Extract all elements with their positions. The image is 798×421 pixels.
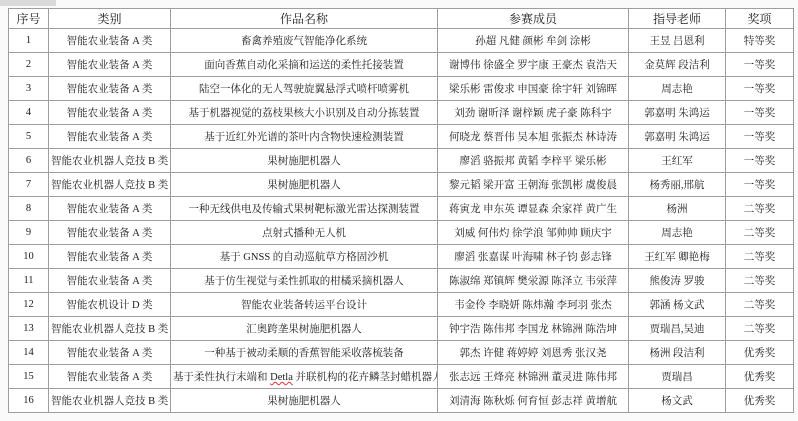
- cell-category: 智能农机设计 D 类: [49, 293, 171, 317]
- cell-teachers: 周志艳: [629, 221, 726, 245]
- table-row: 3智能农业装备 A 类陆空一体化的无人驾驶旋翼悬浮式喷杆喷雾机梁乐彬 雷俊求 申…: [9, 77, 794, 101]
- cell-work: 基于近红外光谱的茶叶内含物快速检测装置: [171, 125, 438, 149]
- cell-members: 韦金伶 李晓妍 陈炜瀚 李珂羽 张杰: [438, 293, 629, 317]
- table-row: 6智能农业机器人竞技 B 类果树施肥机器人廖滔 骆振邦 黄韬 李梓平 梁乐彬王红…: [9, 149, 794, 173]
- table-row: 13智能农业机器人竞技 B 类汇奥跨垄果树施肥机器人钟宇浩 陈伟邦 李国龙 林锦…: [9, 317, 794, 341]
- cell-award: 一等奖: [726, 53, 794, 77]
- table-row: 15智能农业装备 A 类基于柔性执行末端和 Detla 并联机构的花卉鳞茎封蜡机…: [9, 365, 794, 389]
- cell-category: 智能农业机器人竞技 B 类: [49, 317, 171, 341]
- cell-teachers: 郭涵 杨文武: [629, 293, 726, 317]
- cell-work: 果树施肥机器人: [171, 149, 438, 173]
- results-table: 序号 类别 作品名称 参赛成员 指导老师 奖项 1智能农业装备 A 类畜禽养殖废…: [8, 8, 794, 413]
- cell-serial: 6: [9, 149, 49, 173]
- cell-teachers: 金莫辉 段洁利: [629, 53, 726, 77]
- table-row: 5智能农业装备 A 类基于近红外光谱的茶叶内含物快速检测装置何晓龙 蔡晋伟 吴本…: [9, 125, 794, 149]
- cell-serial: 3: [9, 77, 49, 101]
- cell-teachers: 郭嘉明 朱鸿运: [629, 125, 726, 149]
- cell-members: 梁乐彬 雷俊求 申国豪 徐宇轩 刘锦晖: [438, 77, 629, 101]
- cell-award: 一等奖: [726, 173, 794, 197]
- header-members: 参赛成员: [438, 9, 629, 29]
- cell-work: 畜禽养殖废气智能净化系统: [171, 29, 438, 53]
- header-award: 奖项: [726, 9, 794, 29]
- cell-work: 陆空一体化的无人驾驶旋翼悬浮式喷杆喷雾机: [171, 77, 438, 101]
- cell-members: 刘清海 陈秋烁 何育恒 彭志祥 黄增航: [438, 389, 629, 413]
- header-serial: 序号: [9, 9, 49, 29]
- cell-category: 智能农业装备 A 类: [49, 77, 171, 101]
- cell-category: 智能农业装备 A 类: [49, 197, 171, 221]
- table-row: 16智能农业机器人竞技 B 类果树施肥机器人刘清海 陈秋烁 何育恒 彭志祥 黄增…: [9, 389, 794, 413]
- cell-serial: 16: [9, 389, 49, 413]
- cell-award: 二等奖: [726, 245, 794, 269]
- cell-serial: 15: [9, 365, 49, 389]
- cell-category: 智能农业装备 A 类: [49, 101, 171, 125]
- misspelled-word: Detla: [270, 372, 293, 383]
- table-row: 8智能农业装备 A 类一种无线供电及传输式果树靶标激光雷达探测装置蒋寅龙 申东英…: [9, 197, 794, 221]
- cell-category: 智能农业装备 A 类: [49, 341, 171, 365]
- cell-members: 蒋寅龙 申东英 谭显森 余家祥 黄广生: [438, 197, 629, 221]
- cell-category: 智能农业装备 A 类: [49, 269, 171, 293]
- cell-serial: 9: [9, 221, 49, 245]
- cell-serial: 13: [9, 317, 49, 341]
- cell-serial: 7: [9, 173, 49, 197]
- cell-work: 面向香蕉自动化采摘和运送的柔性托接装置: [171, 53, 438, 77]
- cell-work: 基于 GNSS 的自动巡航草方格固沙机: [171, 245, 438, 269]
- table-row: 14智能农业装备 A 类一种基于被动柔顺的香蕉智能采收落梳装备郭杰 许健 蒋婷婷…: [9, 341, 794, 365]
- cell-teachers: 贾瑞昌: [629, 365, 726, 389]
- cell-members: 廖滔 骆振邦 黄韬 李梓平 梁乐彬: [438, 149, 629, 173]
- cell-members: 何晓龙 蔡晋伟 吴本旭 张振杰 林诗涛: [438, 125, 629, 149]
- cell-award: 二等奖: [726, 293, 794, 317]
- cell-work: 汇奥跨垄果树施肥机器人: [171, 317, 438, 341]
- cell-teachers: 熊俊涛 罗骏: [629, 269, 726, 293]
- cell-category: 智能农业机器人竞技 B 类: [49, 149, 171, 173]
- table-row: 2智能农业装备 A 类面向香蕉自动化采摘和运送的柔性托接装置谢博伟 徐盛全 罗宇…: [9, 53, 794, 77]
- cell-serial: 5: [9, 125, 49, 149]
- cell-category: 智能农业装备 A 类: [49, 245, 171, 269]
- cell-work: 一种无线供电及传输式果树靶标激光雷达探测装置: [171, 197, 438, 221]
- cell-teachers: 周志艳: [629, 77, 726, 101]
- cell-award: 一等奖: [726, 77, 794, 101]
- cell-teachers: 郭嘉明 朱鸿运: [629, 101, 726, 125]
- cell-work: 智能农业装备转运平台设计: [171, 293, 438, 317]
- cell-serial: 12: [9, 293, 49, 317]
- cell-teachers: 贾瑞昌,吴迪: [629, 317, 726, 341]
- cell-award: 一等奖: [726, 149, 794, 173]
- cell-category: 智能农业装备 A 类: [49, 365, 171, 389]
- cell-award: 优秀奖: [726, 365, 794, 389]
- cell-serial: 10: [9, 245, 49, 269]
- cell-members: 谢博伟 徐盛全 罗宇康 王豪杰 袁浩天: [438, 53, 629, 77]
- cell-members: 孙超 凡健 颜彬 牟剑 涂彬: [438, 29, 629, 53]
- table-header: 序号 类别 作品名称 参赛成员 指导老师 奖项: [9, 9, 794, 29]
- cell-work: 果树施肥机器人: [171, 389, 438, 413]
- table-row: 7智能农业机器人竞技 B 类果树施肥机器人黎元韬 梁开富 王朝海 张凯彬 虞俊晨…: [9, 173, 794, 197]
- header-row: 序号 类别 作品名称 参赛成员 指导老师 奖项: [9, 9, 794, 29]
- cell-members: 钟宇浩 陈伟邦 李国龙 林锦洲 陈浩坤: [438, 317, 629, 341]
- cell-work: 基于仿生视觉与柔性抓取的柑橘采摘机器人: [171, 269, 438, 293]
- cell-members: 刘威 何伟灼 徐学浪 邹帅帅 顾庆宇: [438, 221, 629, 245]
- table-row: 12智能农机设计 D 类智能农业装备转运平台设计韦金伶 李晓妍 陈炜瀚 李珂羽 …: [9, 293, 794, 317]
- cell-teachers: 王红军: [629, 149, 726, 173]
- table-row: 10智能农业装备 A 类基于 GNSS 的自动巡航草方格固沙机廖滔 张嘉谋 叶海…: [9, 245, 794, 269]
- table-row: 9智能农业装备 A 类点射式播种无人机刘威 何伟灼 徐学浪 邹帅帅 顾庆宇周志艳…: [9, 221, 794, 245]
- cell-award: 优秀奖: [726, 341, 794, 365]
- cell-serial: 1: [9, 29, 49, 53]
- cell-award: 二等奖: [726, 197, 794, 221]
- cell-members: 刘劲 谢昕泽 谢梓颖 虎子豪 陈科宇: [438, 101, 629, 125]
- cell-award: 二等奖: [726, 269, 794, 293]
- cell-award: 二等奖: [726, 221, 794, 245]
- cell-teachers: 杨洲: [629, 197, 726, 221]
- cell-category: 智能农业机器人竞技 B 类: [49, 389, 171, 413]
- cell-category: 智能农业装备 A 类: [49, 53, 171, 77]
- cell-members: 张志远 王烽亮 林锦洲 董灵进 陈伟邦: [438, 365, 629, 389]
- cell-serial: 11: [9, 269, 49, 293]
- cell-award: 特等奖: [726, 29, 794, 53]
- table-row: 11智能农业装备 A 类基于仿生视觉与柔性抓取的柑橘采摘机器人陈淑绵 郑镇辉 樊…: [9, 269, 794, 293]
- cell-teachers: 王红军 卿艳梅: [629, 245, 726, 269]
- header-work: 作品名称: [171, 9, 438, 29]
- cell-serial: 2: [9, 53, 49, 77]
- cell-serial: 8: [9, 197, 49, 221]
- table-row: 1智能农业装备 A 类畜禽养殖废气智能净化系统孙超 凡健 颜彬 牟剑 涂彬王昱 …: [9, 29, 794, 53]
- cell-award: 一等奖: [726, 125, 794, 149]
- cell-teachers: 杨文武: [629, 389, 726, 413]
- table-row: 4智能农业装备 A 类基于机器视觉的荔枝果核大小识别及自动分拣装置刘劲 谢昕泽 …: [9, 101, 794, 125]
- cell-category: 智能农业装备 A 类: [49, 221, 171, 245]
- cell-teachers: 杨洲 段洁利: [629, 341, 726, 365]
- cell-award: 优秀奖: [726, 389, 794, 413]
- cell-work: 果树施肥机器人: [171, 173, 438, 197]
- cell-category: 智能农业装备 A 类: [49, 125, 171, 149]
- cell-award: 二等奖: [726, 317, 794, 341]
- cell-teachers: 王昱 吕恩利: [629, 29, 726, 53]
- cell-category: 智能农业机器人竞技 B 类: [49, 173, 171, 197]
- document-sheet: 序号 类别 作品名称 参赛成员 指导老师 奖项 1智能农业装备 A 类畜禽养殖废…: [8, 8, 794, 413]
- cell-category: 智能农业装备 A 类: [49, 29, 171, 53]
- cell-work: 点射式播种无人机: [171, 221, 438, 245]
- cell-members: 黎元韬 梁开富 王朝海 张凯彬 虞俊晨: [438, 173, 629, 197]
- header-teachers: 指导老师: [629, 9, 726, 29]
- cell-teachers: 杨秀丽,邢航: [629, 173, 726, 197]
- cell-members: 陈淑绵 郑镇辉 樊泶源 陈泽立 韦泶萍: [438, 269, 629, 293]
- cell-work: 基于机器视觉的荔枝果核大小识别及自动分拣装置: [171, 101, 438, 125]
- table-body: 1智能农业装备 A 类畜禽养殖废气智能净化系统孙超 凡健 颜彬 牟剑 涂彬王昱 …: [9, 29, 794, 413]
- cell-work: 一种基于被动柔顺的香蕉智能采收落梳装备: [171, 341, 438, 365]
- cell-serial: 4: [9, 101, 49, 125]
- background-artifact: [0, 0, 56, 6]
- header-category: 类别: [49, 9, 171, 29]
- cell-work: 基于柔性执行末端和 Detla 并联机构的花卉鳞茎封蜡机器人: [171, 365, 438, 389]
- cell-members: 郭杰 许健 蒋婷婷 刘恩秀 张汉尧: [438, 341, 629, 365]
- cell-members: 廖滔 张嘉谋 叶海啸 林子钧 彭志锋: [438, 245, 629, 269]
- cell-serial: 14: [9, 341, 49, 365]
- cell-award: 一等奖: [726, 101, 794, 125]
